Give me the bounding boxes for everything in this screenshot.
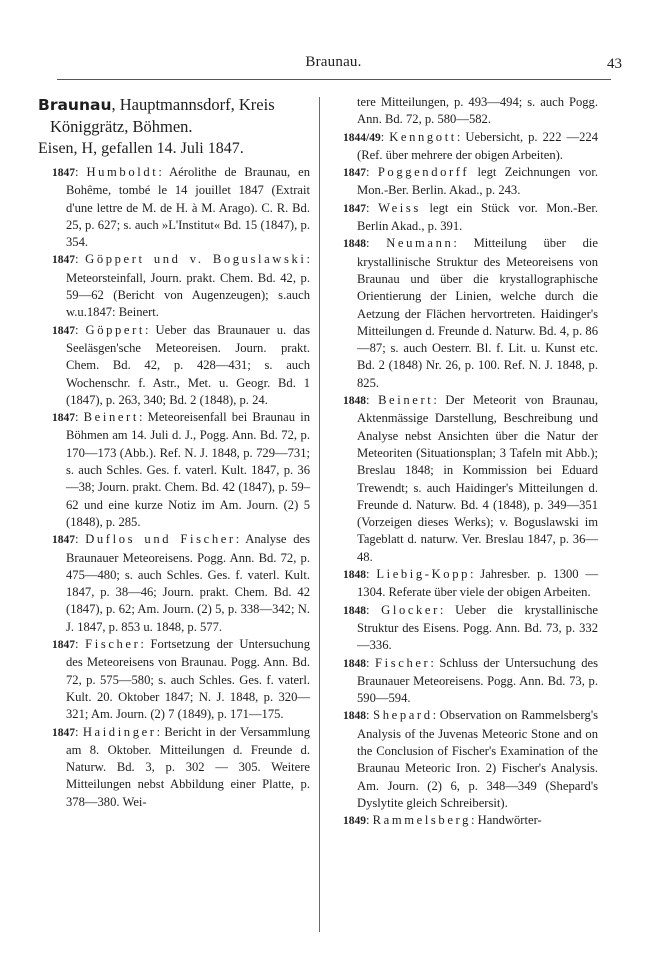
- reference-entry: 1847: Beinert: Meteoreisenfall bei Braun…: [52, 409, 310, 531]
- ref-year: 1847: [52, 412, 75, 424]
- ref-year: 1848: [343, 658, 366, 670]
- ref-year: 1847: [52, 534, 75, 546]
- ref-sep: :: [366, 165, 378, 179]
- ref-text: : Meteoreisenfall bei Braunau in Böhmen …: [66, 410, 310, 529]
- reference-entry: 1847: Duflos und Fischer: Analyse des Br…: [52, 531, 310, 636]
- reference-entry: 1849: Rammelsberg: Handwörter-: [343, 812, 598, 830]
- ref-author: Humboldt: [86, 165, 158, 179]
- ref-year: 1848: [343, 710, 366, 722]
- ref-text: : Analyse des Braunauer Meteoreisens. Po…: [66, 532, 310, 633]
- ref-text: : Mitteilung über die krystallinische St…: [357, 236, 598, 389]
- ref-author: Neumann: [386, 236, 453, 250]
- ref-sep: :: [75, 165, 86, 179]
- reference-entry: 1847: Poggendorff legt Zeichnungen vor. …: [343, 164, 598, 200]
- ref-sep: :: [366, 236, 386, 250]
- ref-text: : Der Meteorit von Braunau, Aktenmässige…: [357, 393, 598, 564]
- ref-sep: :: [366, 393, 378, 407]
- reference-entry: 1847: Haidinger: Bericht in der Versamml…: [52, 724, 310, 811]
- ref-year: 1847: [52, 727, 75, 739]
- left-column: Braunau, Hauptmannsdorf, Kreis Königgrät…: [38, 94, 310, 811]
- ref-author: Haidinger: [83, 725, 157, 739]
- ref-sep: :: [75, 637, 85, 651]
- ref-sep: :: [75, 323, 86, 337]
- ref-sep: :: [366, 201, 378, 215]
- ref-author: Fischer: [375, 656, 430, 670]
- reference-entry: 1848: Shepard: Observation on Rammelsber…: [343, 707, 598, 812]
- ref-text: : Handwörter-: [471, 813, 542, 827]
- ref-author: Kenngott: [389, 130, 457, 144]
- ref-year: 1847: [343, 167, 366, 179]
- reference-entry: 1848: Neumann: Mitteilung über die kryst…: [343, 235, 598, 392]
- ref-sep: :: [366, 813, 373, 827]
- ref-sep: :: [75, 725, 83, 739]
- ref-year: 1847: [52, 254, 75, 266]
- running-title: Braunau.: [57, 54, 610, 71]
- location-line-2: Königgrätz, Böhmen.: [38, 116, 310, 138]
- ref-sep: :: [75, 532, 85, 546]
- ref-year: 1848: [343, 395, 366, 407]
- ref-sep: :: [75, 252, 85, 266]
- column-divider: [319, 97, 320, 932]
- reference-entry: 1847: Göppert: Ueber das Braunauer u. da…: [52, 322, 310, 409]
- ref-author: Poggendorff: [378, 165, 469, 179]
- reference-entry: 1848: Glocker: Ueber die krystallinische…: [343, 602, 598, 655]
- ref-author: Beinert: [378, 393, 433, 407]
- ref-author: Shepard: [373, 708, 432, 722]
- ref-sep: :: [75, 410, 84, 424]
- reference-entry: 1848: Fischer: Schluss der Untersuchung …: [343, 655, 598, 708]
- ref-year: 1848: [343, 605, 366, 617]
- ref-sep: :: [366, 656, 375, 670]
- ref-year: 1847: [52, 639, 75, 651]
- ref-author: Rammelsberg: [373, 813, 471, 827]
- ref-year: 1847: [52, 167, 75, 179]
- ref-text: : Observation on Rammelsberg's Analysis …: [357, 708, 598, 809]
- ref-author: Weiss: [378, 201, 421, 215]
- page-number: 43: [607, 56, 622, 73]
- reference-entry: 1844/49: Kenngott: Uebersicht, p. 222 —2…: [343, 129, 598, 165]
- reference-entry: 1847: Fischer: Fortsetzung der Untersuch…: [52, 636, 310, 723]
- reference-entry: 1847: Göppert und v. Boguslawski: Meteor…: [52, 251, 310, 321]
- ref-year: 1847: [52, 325, 75, 337]
- ref-year: 1848: [343, 569, 366, 581]
- ref-year: 1847: [343, 203, 366, 215]
- reference-list-right: 1844/49: Kenngott: Uebersicht, p. 222 —2…: [343, 129, 598, 831]
- classification: Eisen, H, gefallen 14. Juli 1847.: [38, 138, 310, 160]
- ref-year: 1844/49: [343, 132, 381, 144]
- right-column: tere Mitteilungen, p. 493—494; s. auch P…: [343, 94, 598, 830]
- ref-author: Beinert: [84, 410, 139, 424]
- ref-author: Glocker: [381, 603, 440, 617]
- ref-author: Liebig-Kopp: [376, 567, 470, 581]
- ref-sep: :: [366, 603, 381, 617]
- running-head: Braunau. 43: [57, 54, 610, 78]
- meteorite-name: Braunau: [38, 96, 111, 114]
- ref-sep: :: [366, 567, 376, 581]
- reference-entry: 1847: Humboldt: Aérolithe de Braunau, en…: [52, 164, 310, 251]
- reference-entry: 1847: Weiss legt ein Stück vor. Mon.-Ber…: [343, 200, 598, 236]
- ref-year: 1849: [343, 815, 366, 827]
- entry-heading: Braunau, Hauptmannsdorf, Kreis Königgrät…: [38, 94, 310, 138]
- header-rule: [57, 79, 611, 80]
- continuation-text: tere Mitteilungen, p. 493—494; s. auch P…: [343, 94, 598, 129]
- ref-author: Göppert und v. Boguslawski: [85, 252, 306, 266]
- reference-entry: 1848: Liebig-Kopp: Jahresber. p. 1300 — …: [343, 566, 598, 602]
- ref-year: 1848: [343, 238, 366, 250]
- ref-author: Göppert: [86, 323, 145, 337]
- location-line-1: , Hauptmannsdorf, Kreis: [111, 95, 274, 114]
- ref-author: Duflos und Fischer: [85, 532, 235, 546]
- ref-author: Fischer: [85, 637, 140, 651]
- ref-sep: :: [381, 130, 390, 144]
- reference-list-left: 1847: Humboldt: Aérolithe de Braunau, en…: [38, 164, 310, 811]
- reference-entry: 1848: Beinert: Der Meteorit von Braunau,…: [343, 392, 598, 566]
